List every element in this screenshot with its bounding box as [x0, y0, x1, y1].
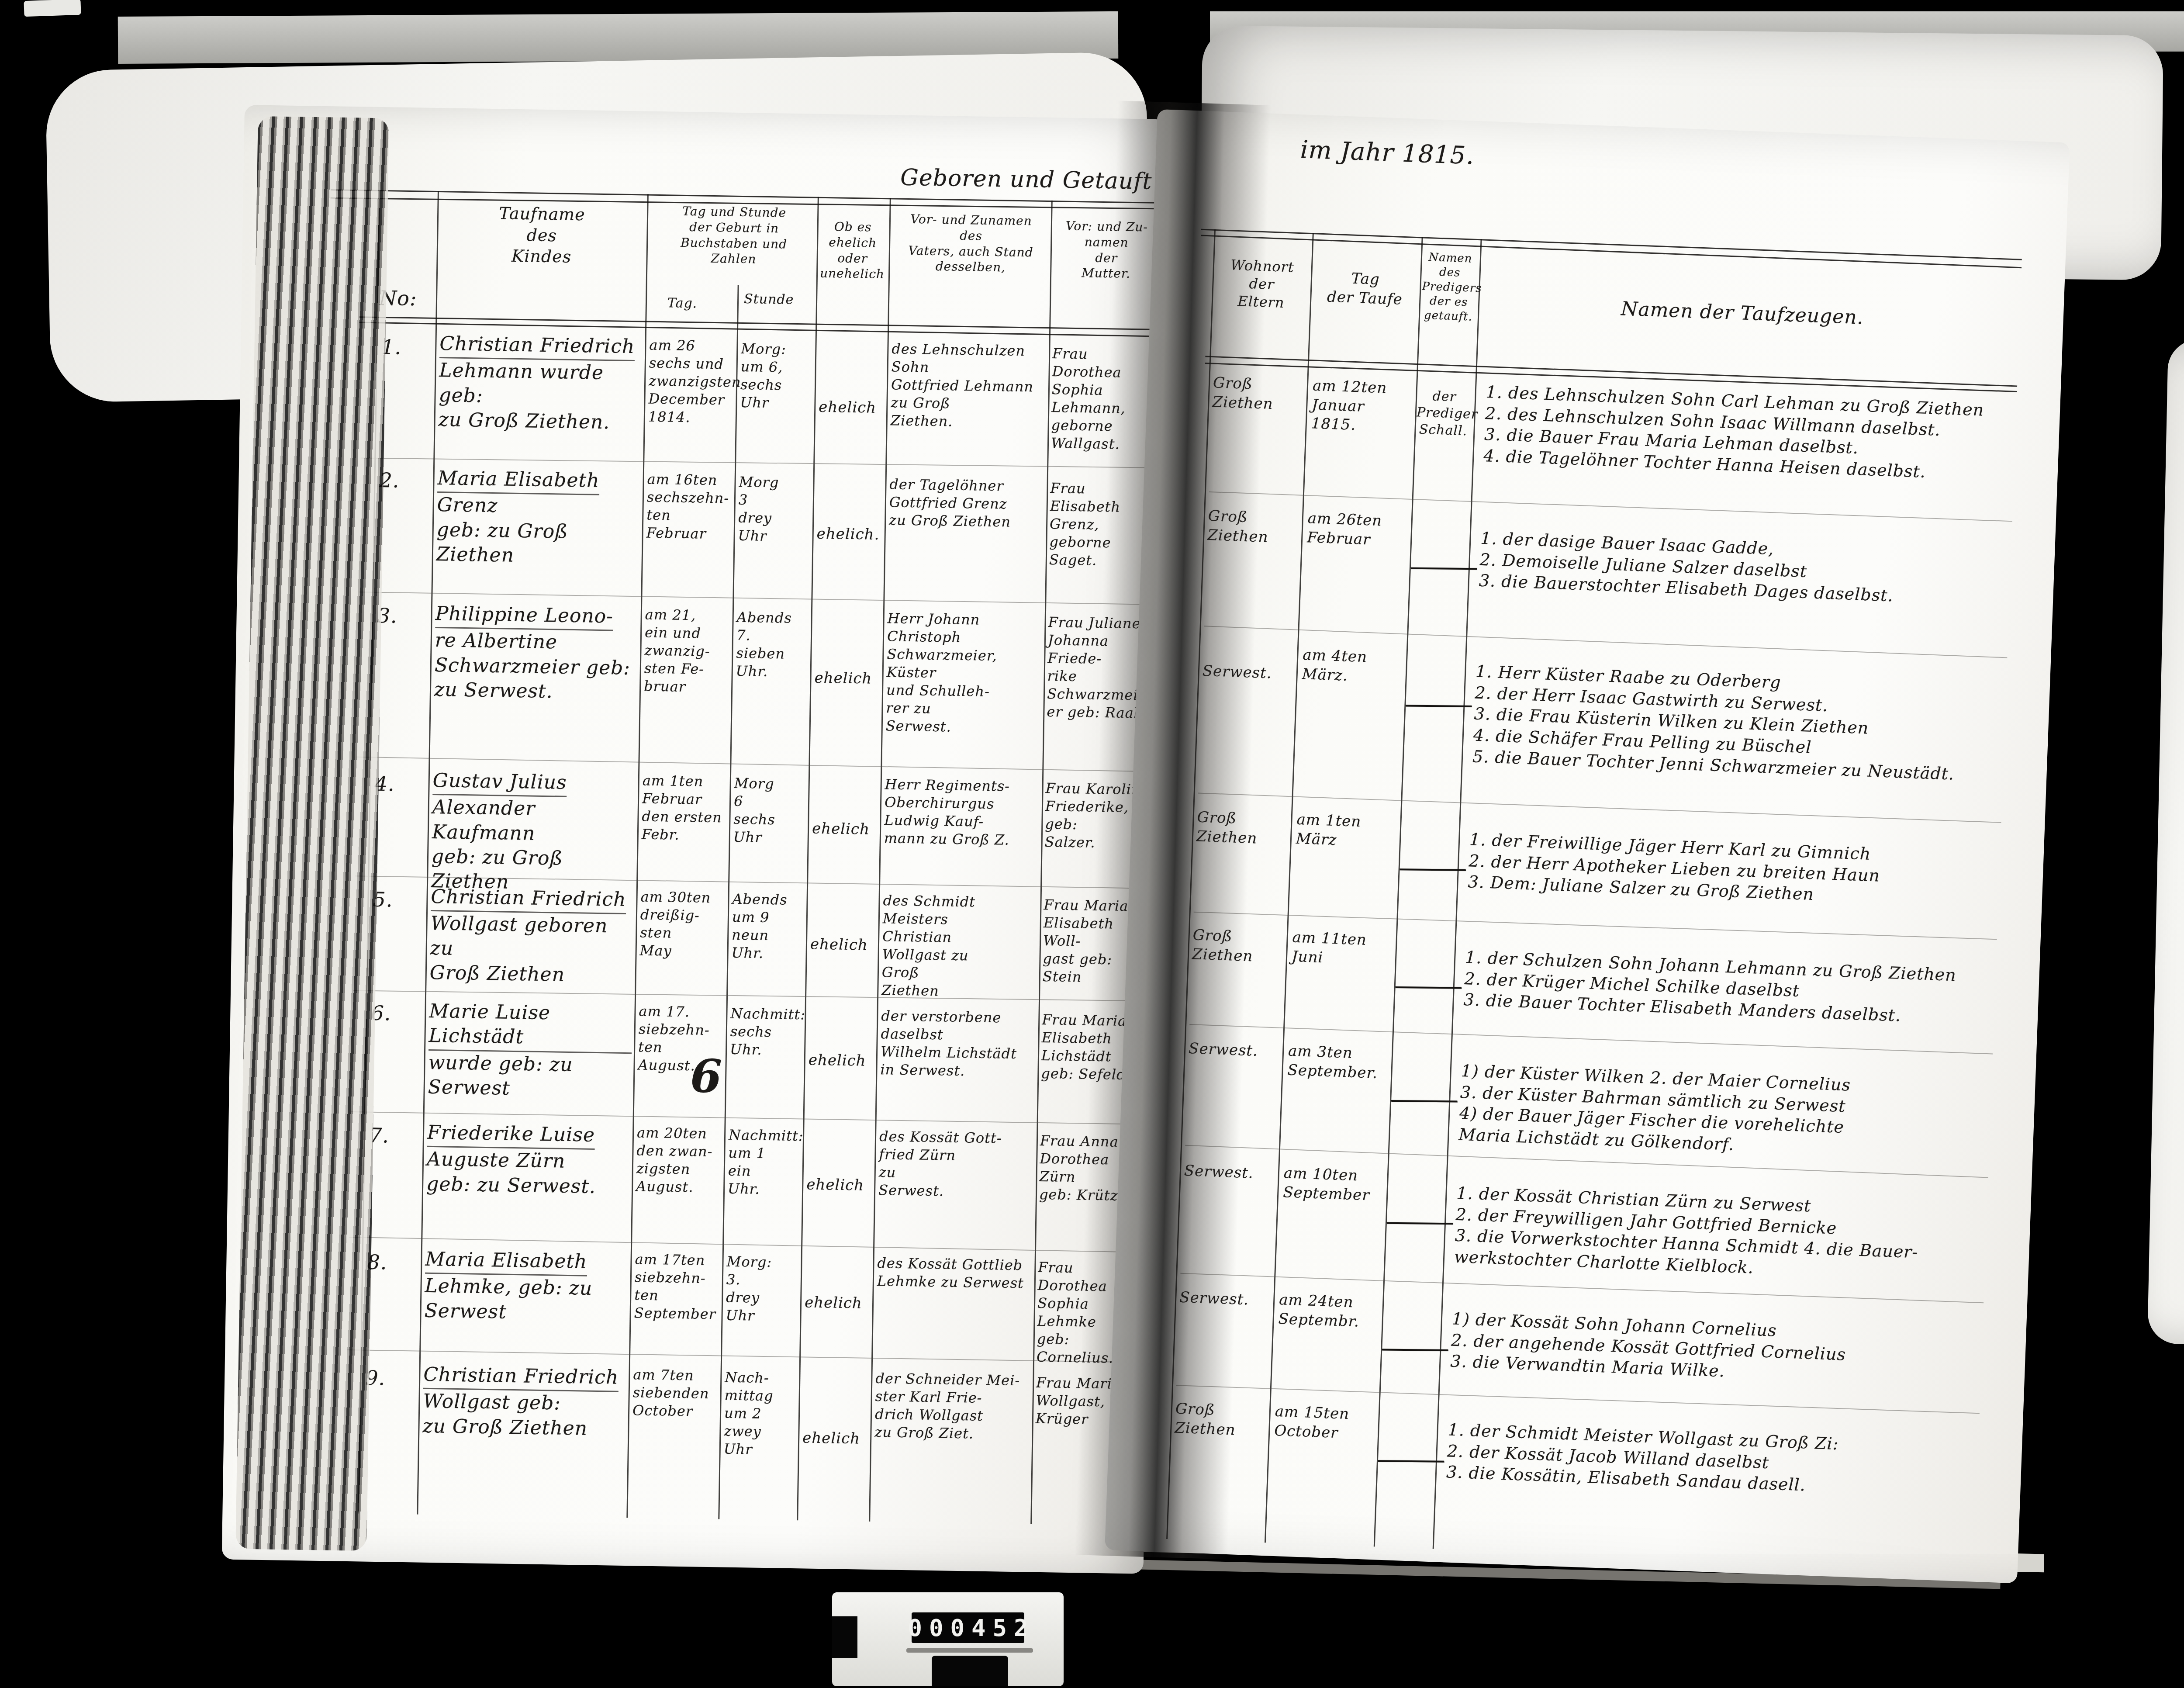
birth-date: am 17ten siebzehn- ten September: [634, 1250, 718, 1323]
register-title-right: im Jahr 1815.: [1300, 134, 1650, 178]
legitimacy: ehelich: [802, 1429, 868, 1449]
entry-number: 6.: [371, 1000, 419, 1027]
birth-time: Abends um 9 neun Uhr.: [731, 890, 805, 963]
witnesses: 1. der Schulzen Sohn Johann Lehmann zu G…: [1463, 947, 1990, 1030]
counter-window: 000452: [912, 1612, 1024, 1643]
child-name-underlined: Friederike Luise: [427, 1121, 595, 1150]
film-counter: 000452: [832, 1592, 1064, 1686]
child-name-rest: Wollgast geboren zu Groß Ziethen: [429, 911, 634, 988]
birth-date: am 1ten Februar den ersten Febr.: [642, 771, 726, 844]
child-name-underlined: Marie Luise Lichstädt: [429, 999, 632, 1054]
witnesses: 1) der Kossät Sohn Johann Cornelius 2. d…: [1450, 1308, 1977, 1391]
father-name: des Lehnschulzen Sohn Gottfried Lehmann …: [891, 340, 1047, 432]
child-name-rest: re Albertine Schwarzmeier geb: zu Serwes…: [434, 628, 639, 705]
counter-bottom-tab: [932, 1656, 1008, 1686]
father-name: der verstorbene daselbst Wilhelm Lichstä…: [880, 1007, 1037, 1081]
baptism-date: am 24ten Septembr.: [1278, 1290, 1378, 1332]
row-separator: [347, 1349, 1147, 1363]
birth-time: Morg: um 6, sechs Uhr: [740, 340, 813, 412]
child-name-underlined: Christian Friedrich: [431, 885, 626, 914]
birth-time: Nachmitt: sechs Uhr.: [730, 1005, 803, 1059]
child-name: Marie Luise Lichstädtwurde geb: zu Serwe…: [428, 999, 632, 1103]
witnesses: 1. der Freiwillige Jäger Herr Karl zu Gi…: [1468, 829, 1994, 912]
child-name-rest: Grenz geb: zu Groß Ziethen: [436, 493, 640, 570]
birth-date: am 30ten dreißig- sten May: [639, 888, 724, 961]
entry-number: 3.: [377, 603, 425, 630]
col-header-baptism-day: Tag der Taufe: [1314, 268, 1416, 310]
entry-number: 9.: [365, 1365, 414, 1392]
child-name-underlined: Maria Elisabeth: [425, 1247, 587, 1276]
child-name: Christian FriedrichWollgast geboren zu G…: [429, 885, 634, 989]
birth-time: Morg 3 drey Uhr: [738, 473, 811, 546]
legitimacy: ehelich.: [816, 525, 882, 545]
birth-date: am 16ten sechszehn- ten Februar: [646, 470, 730, 543]
col-header-birth-day: Tag.: [667, 295, 720, 312]
baptism-date: am 3ten September.: [1287, 1041, 1387, 1083]
table-rule-horizontal: [1201, 229, 2022, 260]
child-name: Christian FriedrichLehmann wurde geb: zu…: [438, 332, 643, 436]
table-rule-vertical: [869, 198, 891, 1522]
entry-number: 1.: [381, 334, 430, 361]
col-header-no: No:: [379, 285, 432, 312]
father-name: der Schneider Mei- ster Karl Frie- drich…: [874, 1370, 1031, 1443]
child-name: Gustav JuliusAlexander Kaufmann geb: zu …: [431, 768, 636, 897]
pastor-name: der Prediger Schall.: [1416, 387, 1472, 440]
baptism-date: am 10ten September: [1283, 1164, 1382, 1205]
father-name: des Schmidt Meisters Christian Wollgast …: [881, 892, 1038, 1001]
legitimacy: ehelich: [810, 935, 876, 955]
baptism-date: am 12ten Januar 1815.: [1311, 376, 1411, 437]
child-name-rest: Auguste Zürn geb: zu Serwest.: [426, 1147, 630, 1200]
film-card-right-side: [2147, 339, 2184, 1348]
child-name-rest: Alexander Kaufmann geb: zu Groß Ziethen: [431, 795, 636, 897]
father-name: Herr Regiments- Oberchirurgus Ludwig Kau…: [884, 775, 1040, 849]
witnesses: 1. des Lehnschulzen Sohn Carl Lehman zu …: [1483, 381, 2010, 485]
child-name-underlined: Philippine Leono-: [435, 602, 613, 631]
child-name-rest: wurde geb: zu Serwest: [428, 1051, 632, 1103]
witnesses: 1. der Kossät Christian Zürn zu Serwest …: [1454, 1183, 1980, 1287]
child-name: Friederike LuiseAuguste Zürn geb: zu Ser…: [426, 1121, 631, 1200]
birth-date: am 20ten den zwan- zigsten August.: [636, 1124, 720, 1197]
child-name-rest: Lehmann wurde geb: zu Groß Ziethen.: [438, 358, 643, 435]
witnesses: 1. der dasige Bauer Isaac Gadde, 2. Demo…: [1479, 528, 2005, 611]
witnesses: 1) der Küster Wilken 2. der Maier Cornel…: [1458, 1060, 1985, 1164]
child-name-underlined: Gustav Julius: [432, 768, 567, 797]
child-name-underlined: Maria Elisabeth: [437, 466, 600, 495]
child-name: Christian FriedrichWollgast geb: zu Groß…: [422, 1363, 627, 1442]
child-name: Maria ElisabethLehmke, geb: zu Serwest: [424, 1247, 629, 1326]
legitimacy: ehelich: [805, 1293, 871, 1313]
table-rule-horizontal: [1201, 235, 2022, 268]
counter-window-shadow: [906, 1648, 1033, 1653]
col-header-father: Vor- und Zunamen des Vaters, auch Stand …: [893, 211, 1049, 276]
witnesses: 1. Herr Küster Raabe zu Oderberg 2. der …: [1472, 661, 2000, 786]
entry-number: 5.: [373, 887, 421, 913]
child-name-rest: Lehmke, geb: zu Serwest: [424, 1274, 628, 1326]
legitimacy: ehelich: [814, 669, 880, 689]
child-name-underlined: Christian Friedrich: [423, 1363, 619, 1392]
baptism-date: am 26ten Februar: [1307, 509, 1406, 550]
child-name: Philippine Leono-re Albertine Schwarzmei…: [434, 602, 639, 706]
film-frame-mark: [24, 0, 81, 17]
register-title-left: Geboren und Getauft: [759, 161, 1152, 197]
entry-number: 2.: [379, 467, 428, 494]
witnesses: 1. der Schmidt Meister Wollgast zu Groß …: [1446, 1419, 1972, 1502]
legitimacy: ehelich: [808, 1051, 874, 1071]
col-header-witnesses: Namen der Taufzeugen.: [1491, 292, 1994, 335]
table-rule-horizontal: [359, 316, 1163, 330]
birth-time: Nach- mittag um 2 zwey Uhr: [723, 1369, 797, 1459]
birth-time: Nachmitt: um 1 ein Uhr.: [728, 1126, 801, 1199]
entry-number: 4.: [374, 771, 423, 798]
col-header-birth: Tag und Stunde der Geburt in Buchstaben …: [648, 203, 819, 268]
baptism-date: am 11ten Juni: [1291, 928, 1391, 970]
table-rule-vertical: [1265, 233, 1314, 1543]
ragged-page-edge: [235, 116, 389, 1551]
child-name-underlined: Christian Friedrich: [439, 332, 635, 361]
father-name: Herr Johann Christoph Schwarzmeier, Küst…: [886, 609, 1043, 737]
birth-date: am 7ten siebenden October: [632, 1366, 716, 1421]
legitimacy: ehelich: [812, 820, 878, 840]
birth-time: Abends 7. sieben Uhr.: [736, 609, 809, 681]
col-header-pastor: Namen des Predigers der es getauft.: [1420, 250, 1478, 325]
baptism-date: am 4ten März.: [1302, 646, 1401, 687]
col-header-legitimate: Ob es ehelich oder unehelich: [819, 219, 886, 283]
birth-date: am 21, ein und zwanzig- sten Fe- bruar: [644, 606, 728, 697]
col-header-birth-hour: Stunde: [744, 291, 810, 309]
counter-digits: 000452: [901, 1614, 1035, 1642]
child-name-rest: Wollgast geb: zu Groß Ziethen: [422, 1389, 626, 1442]
father-name: des Kossät Gottlieb Lehmke zu Serwest: [877, 1254, 1033, 1292]
legitimacy: ehelich: [806, 1176, 872, 1196]
entry-number: 7.: [369, 1123, 418, 1149]
child-name: Maria ElisabethGrenz geb: zu Groß Ziethe…: [436, 466, 641, 570]
counter-left-notch: [832, 1616, 857, 1658]
col-header-name: Taufname des Kindes: [441, 202, 643, 269]
birth-date: am 26 sechs und zwanzigsten December 181…: [648, 336, 733, 427]
entry-number: 8.: [367, 1249, 415, 1276]
birth-time: Morg 6 sechs Uhr: [733, 775, 806, 847]
father-name: der Tagelöhner Gottfried Grenz zu Groß Z…: [889, 475, 1045, 531]
legitimacy: ehelich: [819, 398, 885, 418]
birth-time: Morg: 3. drey Uhr: [726, 1253, 799, 1325]
father-name: des Kossät Gott- fried Zürn zu Serwest.: [878, 1128, 1035, 1201]
baptism-date: am 15ten October: [1274, 1402, 1374, 1444]
baptism-date: am 1ten März: [1296, 810, 1395, 852]
